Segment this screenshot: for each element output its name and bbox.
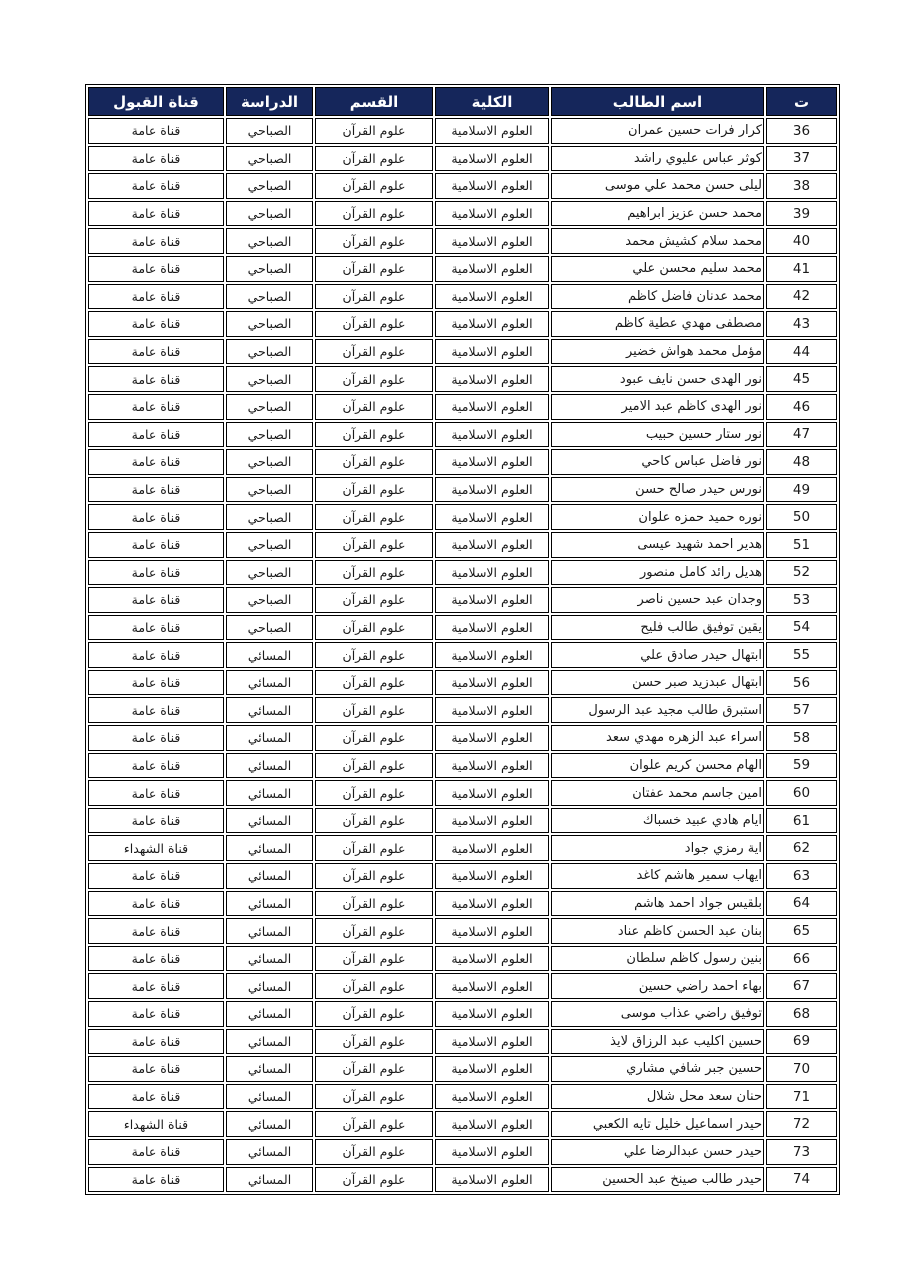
cell-number: 70	[766, 1056, 837, 1082]
table-row: 63ايهاب سمير هاشم كاغدالعلوم الاسلاميةعل…	[88, 863, 837, 889]
cell-admission-channel: قناة عامة	[88, 670, 224, 696]
cell-study-type: المسائي	[226, 863, 313, 889]
cell-admission-channel: قناة عامة	[88, 284, 224, 310]
cell-college: العلوم الاسلامية	[435, 725, 549, 751]
table-row: 68توفيق راضي عذاب موسىالعلوم الاسلاميةعل…	[88, 1001, 837, 1027]
cell-study-type: الصباحي	[226, 201, 313, 227]
cell-college: العلوم الاسلامية	[435, 1084, 549, 1110]
cell-admission-channel: قناة عامة	[88, 918, 224, 944]
cell-department: علوم القرآن	[315, 918, 433, 944]
cell-study-type: الصباحي	[226, 146, 313, 172]
cell-number: 43	[766, 311, 837, 337]
cell-number: 44	[766, 339, 837, 365]
cell-student-name: محمد سلام كشيش محمد	[551, 228, 764, 254]
cell-department: علوم القرآن	[315, 532, 433, 558]
table-row: 52هديل رائد كامل منصورالعلوم الاسلاميةعل…	[88, 560, 837, 586]
table-row: 57استبرق طالب مجيد عبد الرسولالعلوم الاس…	[88, 697, 837, 723]
cell-number: 72	[766, 1111, 837, 1137]
cell-student-name: بنين رسول كاظم سلطان	[551, 946, 764, 972]
cell-college: العلوم الاسلامية	[435, 918, 549, 944]
cell-department: علوم القرآن	[315, 973, 433, 999]
cell-department: علوم القرآن	[315, 284, 433, 310]
cell-study-type: الصباحي	[226, 173, 313, 199]
cell-number: 42	[766, 284, 837, 310]
cell-student-name: حيدر اسماعيل خليل تايه الكعبي	[551, 1111, 764, 1137]
cell-study-type: الصباحي	[226, 339, 313, 365]
cell-department: علوم القرآن	[315, 863, 433, 889]
cell-college: العلوم الاسلامية	[435, 560, 549, 586]
cell-study-type: المسائي	[226, 946, 313, 972]
cell-department: علوم القرآن	[315, 835, 433, 861]
cell-college: العلوم الاسلامية	[435, 946, 549, 972]
cell-college: العلوم الاسلامية	[435, 394, 549, 420]
cell-student-name: حسين جبر شافي مشاري	[551, 1056, 764, 1082]
cell-college: العلوم الاسلامية	[435, 697, 549, 723]
cell-study-type: الصباحي	[226, 256, 313, 282]
cell-college: العلوم الاسلامية	[435, 146, 549, 172]
cell-college: العلوم الاسلامية	[435, 1029, 549, 1055]
cell-admission-channel: قناة عامة	[88, 422, 224, 448]
table-row: 72حيدر اسماعيل خليل تايه الكعبيالعلوم ال…	[88, 1111, 837, 1137]
cell-department: علوم القرآن	[315, 615, 433, 641]
table-row: 50نوره حميد حمزه علوانالعلوم الاسلاميةعل…	[88, 504, 837, 530]
cell-student-name: هديل رائد كامل منصور	[551, 560, 764, 586]
cell-college: العلوم الاسلامية	[435, 339, 549, 365]
cell-number: 62	[766, 835, 837, 861]
cell-student-name: استبرق طالب مجيد عبد الرسول	[551, 697, 764, 723]
cell-admission-channel: قناة عامة	[88, 532, 224, 558]
cell-college: العلوم الاسلامية	[435, 201, 549, 227]
cell-college: العلوم الاسلامية	[435, 284, 549, 310]
cell-department: علوم القرآن	[315, 504, 433, 530]
cell-student-name: كوثر عباس عليوي راشد	[551, 146, 764, 172]
cell-department: علوم القرآن	[315, 449, 433, 475]
table-row: 45نور الهدى حسن نايف عبودالعلوم الاسلامي…	[88, 366, 837, 392]
cell-department: علوم القرآن	[315, 780, 433, 806]
cell-student-name: كرار فرات حسين عمران	[551, 118, 764, 144]
table-row: 51هدير احمد شهيد عيسىالعلوم الاسلاميةعلو…	[88, 532, 837, 558]
cell-student-name: محمد سليم محسن علي	[551, 256, 764, 282]
header-study: الدراسة	[226, 87, 313, 116]
cell-department: علوم القرآن	[315, 422, 433, 448]
cell-student-name: وجدان عبد حسين ناصر	[551, 587, 764, 613]
cell-student-name: نور الهدى كاظم عبد الامير	[551, 394, 764, 420]
cell-study-type: الصباحي	[226, 366, 313, 392]
cell-college: العلوم الاسلامية	[435, 670, 549, 696]
cell-number: 41	[766, 256, 837, 282]
cell-college: العلوم الاسلامية	[435, 228, 549, 254]
cell-admission-channel: قناة عامة	[88, 1084, 224, 1110]
cell-study-type: الصباحي	[226, 560, 313, 586]
cell-college: العلوم الاسلامية	[435, 1139, 549, 1165]
cell-college: العلوم الاسلامية	[435, 449, 549, 475]
table-row: 65بنان عبد الحسن كاظم عنادالعلوم الاسلام…	[88, 918, 837, 944]
cell-admission-channel: قناة عامة	[88, 394, 224, 420]
cell-admission-channel: قناة عامة	[88, 753, 224, 779]
table-row: 59الهام محسن كريم علوانالعلوم الاسلاميةع…	[88, 753, 837, 779]
header-admission-channel: قناة القبول	[88, 87, 224, 116]
cell-department: علوم القرآن	[315, 1056, 433, 1082]
cell-admission-channel: قناة عامة	[88, 725, 224, 751]
cell-student-name: حنان سعد محل شلال	[551, 1084, 764, 1110]
cell-admission-channel: قناة عامة	[88, 946, 224, 972]
table-row: 62اية رمزي جوادالعلوم الاسلاميةعلوم القر…	[88, 835, 837, 861]
cell-number: 46	[766, 394, 837, 420]
table-row: 69حسين اكليب عبد الرزاق لايذالعلوم الاسل…	[88, 1029, 837, 1055]
cell-study-type: الصباحي	[226, 118, 313, 144]
cell-study-type: المسائي	[226, 697, 313, 723]
cell-college: العلوم الاسلامية	[435, 1001, 549, 1027]
cell-college: العلوم الاسلامية	[435, 642, 549, 668]
cell-admission-channel: قناة عامة	[88, 1167, 224, 1193]
cell-number: 38	[766, 173, 837, 199]
cell-study-type: الصباحي	[226, 532, 313, 558]
cell-study-type: المسائي	[226, 808, 313, 834]
cell-study-type: الصباحي	[226, 449, 313, 475]
cell-number: 54	[766, 615, 837, 641]
cell-college: العلوم الاسلامية	[435, 863, 549, 889]
cell-number: 66	[766, 946, 837, 972]
cell-admission-channel: قناة عامة	[88, 891, 224, 917]
cell-student-name: حيدر طالب صينخ عبد الحسين	[551, 1167, 764, 1193]
cell-department: علوم القرآن	[315, 1001, 433, 1027]
cell-study-type: المسائي	[226, 891, 313, 917]
cell-number: 53	[766, 587, 837, 613]
table-row: 67بهاء احمد راضي حسينالعلوم الاسلاميةعلو…	[88, 973, 837, 999]
cell-student-name: ابتهال عبدزيد صبر حسن	[551, 670, 764, 696]
cell-department: علوم القرآن	[315, 587, 433, 613]
cell-admission-channel: قناة عامة	[88, 615, 224, 641]
cell-study-type: الصباحي	[226, 311, 313, 337]
cell-admission-channel: قناة عامة	[88, 863, 224, 889]
cell-admission-channel: قناة عامة	[88, 366, 224, 392]
cell-department: علوم القرآن	[315, 201, 433, 227]
cell-admission-channel: قناة عامة	[88, 146, 224, 172]
cell-department: علوم القرآن	[315, 891, 433, 917]
cell-student-name: نوره حميد حمزه علوان	[551, 504, 764, 530]
table-header-row: ت اسم الطالب الكلية القسم الدراسة قناة ا…	[88, 87, 837, 116]
cell-study-type: المسائي	[226, 1029, 313, 1055]
cell-study-type: الصباحي	[226, 394, 313, 420]
cell-number: 52	[766, 560, 837, 586]
cell-college: العلوم الاسلامية	[435, 173, 549, 199]
cell-student-name: ايهاب سمير هاشم كاغد	[551, 863, 764, 889]
cell-student-name: ايام هادي عبيد خسباك	[551, 808, 764, 834]
cell-student-name: حيدر حسن عبدالرضا علي	[551, 1139, 764, 1165]
cell-admission-channel: قناة الشهداء	[88, 1111, 224, 1137]
cell-number: 63	[766, 863, 837, 889]
cell-admission-channel: قناة عامة	[88, 477, 224, 503]
cell-student-name: يقين توفيق طالب فليح	[551, 615, 764, 641]
table-row: 41محمد سليم محسن عليالعلوم الاسلاميةعلوم…	[88, 256, 837, 282]
cell-admission-channel: قناة عامة	[88, 256, 224, 282]
cell-college: العلوم الاسلامية	[435, 1167, 549, 1193]
cell-admission-channel: قناة عامة	[88, 1001, 224, 1027]
cell-number: 60	[766, 780, 837, 806]
cell-college: العلوم الاسلامية	[435, 256, 549, 282]
cell-college: العلوم الاسلامية	[435, 891, 549, 917]
cell-department: علوم القرآن	[315, 1139, 433, 1165]
cell-college: العلوم الاسلامية	[435, 504, 549, 530]
cell-number: 73	[766, 1139, 837, 1165]
cell-admission-channel: قناة عامة	[88, 560, 224, 586]
table-row: 38ليلى حسن محمد علي موسىالعلوم الاسلامية…	[88, 173, 837, 199]
cell-college: العلوم الاسلامية	[435, 835, 549, 861]
cell-student-name: ليلى حسن محمد علي موسى	[551, 173, 764, 199]
cell-study-type: الصباحي	[226, 284, 313, 310]
cell-student-name: توفيق راضي عذاب موسى	[551, 1001, 764, 1027]
cell-department: علوم القرآن	[315, 394, 433, 420]
table-row: 43مصطفى مهدي عطية كاظمالعلوم الاسلاميةعل…	[88, 311, 837, 337]
table-row: 61ايام هادي عبيد خسباكالعلوم الاسلاميةعل…	[88, 808, 837, 834]
cell-study-type: المسائي	[226, 1001, 313, 1027]
table-row: 56ابتهال عبدزيد صبر حسنالعلوم الاسلاميةع…	[88, 670, 837, 696]
cell-study-type: المسائي	[226, 670, 313, 696]
table-row: 73حيدر حسن عبدالرضا عليالعلوم الاسلاميةع…	[88, 1139, 837, 1165]
cell-number: 51	[766, 532, 837, 558]
cell-department: علوم القرآن	[315, 146, 433, 172]
cell-student-name: بلقيس جواد احمد هاشم	[551, 891, 764, 917]
cell-department: علوم القرآن	[315, 560, 433, 586]
cell-number: 57	[766, 697, 837, 723]
cell-study-type: المسائي	[226, 1084, 313, 1110]
cell-number: 69	[766, 1029, 837, 1055]
table-body: 36كرار فرات حسين عمرانالعلوم الاسلاميةعل…	[88, 118, 837, 1192]
cell-department: علوم القرآن	[315, 670, 433, 696]
cell-study-type: الصباحي	[226, 615, 313, 641]
table-row: 37كوثر عباس عليوي راشدالعلوم الاسلاميةعل…	[88, 146, 837, 172]
cell-college: العلوم الاسلامية	[435, 615, 549, 641]
cell-department: علوم القرآن	[315, 311, 433, 337]
cell-college: العلوم الاسلامية	[435, 532, 549, 558]
cell-study-type: الصباحي	[226, 477, 313, 503]
cell-college: العلوم الاسلامية	[435, 1111, 549, 1137]
cell-number: 67	[766, 973, 837, 999]
cell-department: علوم القرآن	[315, 642, 433, 668]
table-row: 55ابتهال حيدر صادق عليالعلوم الاسلاميةعل…	[88, 642, 837, 668]
cell-study-type: المسائي	[226, 1056, 313, 1082]
cell-number: 37	[766, 146, 837, 172]
cell-admission-channel: قناة عامة	[88, 228, 224, 254]
cell-department: علوم القرآن	[315, 808, 433, 834]
cell-study-type: الصباحي	[226, 422, 313, 448]
cell-student-name: اية رمزي جواد	[551, 835, 764, 861]
cell-study-type: المسائي	[226, 780, 313, 806]
cell-study-type: الصباحي	[226, 228, 313, 254]
cell-student-name: ابتهال حيدر صادق علي	[551, 642, 764, 668]
table-row: 48نور فاضل عباس كاحيالعلوم الاسلاميةعلوم…	[88, 449, 837, 475]
cell-study-type: المسائي	[226, 1139, 313, 1165]
cell-number: 48	[766, 449, 837, 475]
cell-admission-channel: قناة عامة	[88, 1056, 224, 1082]
cell-college: العلوم الاسلامية	[435, 780, 549, 806]
cell-number: 40	[766, 228, 837, 254]
cell-college: العلوم الاسلامية	[435, 1056, 549, 1082]
cell-admission-channel: قناة الشهداء	[88, 835, 224, 861]
table-row: 49نورس حيدر صالح حسنالعلوم الاسلاميةعلوم…	[88, 477, 837, 503]
cell-college: العلوم الاسلامية	[435, 477, 549, 503]
table-row: 40محمد سلام كشيش محمدالعلوم الاسلاميةعلو…	[88, 228, 837, 254]
table-row: 64بلقيس جواد احمد هاشمالعلوم الاسلاميةعل…	[88, 891, 837, 917]
cell-number: 58	[766, 725, 837, 751]
cell-student-name: بهاء احمد راضي حسين	[551, 973, 764, 999]
cell-department: علوم القرآن	[315, 1029, 433, 1055]
cell-number: 59	[766, 753, 837, 779]
table-row: 74حيدر طالب صينخ عبد الحسينالعلوم الاسلا…	[88, 1167, 837, 1193]
cell-department: علوم القرآن	[315, 118, 433, 144]
header-student-name: اسم الطالب	[551, 87, 764, 116]
table-row: 46نور الهدى كاظم عبد الاميرالعلوم الاسلا…	[88, 394, 837, 420]
cell-number: 65	[766, 918, 837, 944]
cell-admission-channel: قناة عامة	[88, 642, 224, 668]
cell-admission-channel: قناة عامة	[88, 173, 224, 199]
cell-student-name: امين جاسم محمد عفتان	[551, 780, 764, 806]
cell-number: 71	[766, 1084, 837, 1110]
cell-student-name: مؤمل محمد هواش خضير	[551, 339, 764, 365]
cell-study-type: المسائي	[226, 753, 313, 779]
cell-number: 64	[766, 891, 837, 917]
cell-student-name: اسراء عبد الزهره مهدي سعد	[551, 725, 764, 751]
cell-department: علوم القرآن	[315, 228, 433, 254]
table-row: 42محمد عدنان فاضل كاظمالعلوم الاسلاميةعل…	[88, 284, 837, 310]
cell-department: علوم القرآن	[315, 946, 433, 972]
cell-admission-channel: قناة عامة	[88, 1029, 224, 1055]
cell-student-name: نورس حيدر صالح حسن	[551, 477, 764, 503]
cell-number: 50	[766, 504, 837, 530]
cell-department: علوم القرآن	[315, 697, 433, 723]
cell-study-type: المسائي	[226, 918, 313, 944]
cell-department: علوم القرآن	[315, 1084, 433, 1110]
cell-study-type: الصباحي	[226, 587, 313, 613]
cell-admission-channel: قناة عامة	[88, 1139, 224, 1165]
cell-college: العلوم الاسلامية	[435, 118, 549, 144]
cell-department: علوم القرآن	[315, 173, 433, 199]
table-row: 54يقين توفيق طالب فليحالعلوم الاسلاميةعل…	[88, 615, 837, 641]
header-department: القسم	[315, 87, 433, 116]
cell-college: العلوم الاسلامية	[435, 973, 549, 999]
table-row: 47نور ستار حسين حبيبالعلوم الاسلاميةعلوم…	[88, 422, 837, 448]
cell-student-name: مصطفى مهدي عطية كاظم	[551, 311, 764, 337]
cell-admission-channel: قناة عامة	[88, 339, 224, 365]
cell-admission-channel: قناة عامة	[88, 808, 224, 834]
cell-study-type: المسائي	[226, 725, 313, 751]
cell-student-name: الهام محسن كريم علوان	[551, 753, 764, 779]
cell-department: علوم القرآن	[315, 366, 433, 392]
cell-admission-channel: قناة عامة	[88, 118, 224, 144]
cell-student-name: هدير احمد شهيد عيسى	[551, 532, 764, 558]
cell-department: علوم القرآن	[315, 1111, 433, 1137]
table-row: 44مؤمل محمد هواش خضيرالعلوم الاسلاميةعلو…	[88, 339, 837, 365]
cell-department: علوم القرآن	[315, 753, 433, 779]
cell-study-type: المسائي	[226, 1111, 313, 1137]
cell-admission-channel: قناة عامة	[88, 504, 224, 530]
cell-student-name: نور فاضل عباس كاحي	[551, 449, 764, 475]
cell-student-name: بنان عبد الحسن كاظم عناد	[551, 918, 764, 944]
cell-admission-channel: قناة عامة	[88, 311, 224, 337]
cell-college: العلوم الاسلامية	[435, 753, 549, 779]
cell-number: 49	[766, 477, 837, 503]
cell-student-name: محمد عدنان فاضل كاظم	[551, 284, 764, 310]
table-row: 60امين جاسم محمد عفتانالعلوم الاسلاميةعل…	[88, 780, 837, 806]
cell-department: علوم القرآن	[315, 339, 433, 365]
cell-admission-channel: قناة عامة	[88, 780, 224, 806]
cell-admission-channel: قناة عامة	[88, 697, 224, 723]
cell-college: العلوم الاسلامية	[435, 311, 549, 337]
cell-admission-channel: قناة عامة	[88, 973, 224, 999]
cell-study-type: المسائي	[226, 835, 313, 861]
students-table: ت اسم الطالب الكلية القسم الدراسة قناة ا…	[85, 84, 840, 1195]
cell-college: العلوم الاسلامية	[435, 808, 549, 834]
cell-study-type: الصباحي	[226, 504, 313, 530]
cell-number: 47	[766, 422, 837, 448]
table-row: 39محمد حسن عزيز ابراهيمالعلوم الاسلاميةع…	[88, 201, 837, 227]
cell-admission-channel: قناة عامة	[88, 587, 224, 613]
cell-number: 68	[766, 1001, 837, 1027]
cell-student-name: نور الهدى حسن نايف عبود	[551, 366, 764, 392]
cell-number: 55	[766, 642, 837, 668]
cell-department: علوم القرآن	[315, 256, 433, 282]
cell-study-type: المسائي	[226, 642, 313, 668]
cell-number: 39	[766, 201, 837, 227]
header-number: ت	[766, 87, 837, 116]
table-row: 58اسراء عبد الزهره مهدي سعدالعلوم الاسلا…	[88, 725, 837, 751]
table-row: 36كرار فرات حسين عمرانالعلوم الاسلاميةعل…	[88, 118, 837, 144]
cell-department: علوم القرآن	[315, 1167, 433, 1193]
cell-admission-channel: قناة عامة	[88, 449, 224, 475]
cell-student-name: محمد حسن عزيز ابراهيم	[551, 201, 764, 227]
cell-number: 74	[766, 1167, 837, 1193]
cell-number: 61	[766, 808, 837, 834]
table-row: 70حسين جبر شافي مشاريالعلوم الاسلاميةعلو…	[88, 1056, 837, 1082]
header-college: الكلية	[435, 87, 549, 116]
cell-admission-channel: قناة عامة	[88, 201, 224, 227]
cell-college: العلوم الاسلامية	[435, 422, 549, 448]
cell-department: علوم القرآن	[315, 725, 433, 751]
table-row: 66بنين رسول كاظم سلطانالعلوم الاسلاميةعل…	[88, 946, 837, 972]
cell-student-name: نور ستار حسين حبيب	[551, 422, 764, 448]
cell-department: علوم القرآن	[315, 477, 433, 503]
cell-number: 56	[766, 670, 837, 696]
cell-college: العلوم الاسلامية	[435, 587, 549, 613]
cell-number: 45	[766, 366, 837, 392]
cell-number: 36	[766, 118, 837, 144]
document-page: ت اسم الطالب الكلية القسم الدراسة قناة ا…	[0, 0, 905, 1280]
cell-college: العلوم الاسلامية	[435, 366, 549, 392]
cell-study-type: المسائي	[226, 1167, 313, 1193]
table-row: 71حنان سعد محل شلالالعلوم الاسلاميةعلوم …	[88, 1084, 837, 1110]
cell-study-type: المسائي	[226, 973, 313, 999]
table-row: 53وجدان عبد حسين ناصرالعلوم الاسلاميةعلو…	[88, 587, 837, 613]
cell-student-name: حسين اكليب عبد الرزاق لايذ	[551, 1029, 764, 1055]
